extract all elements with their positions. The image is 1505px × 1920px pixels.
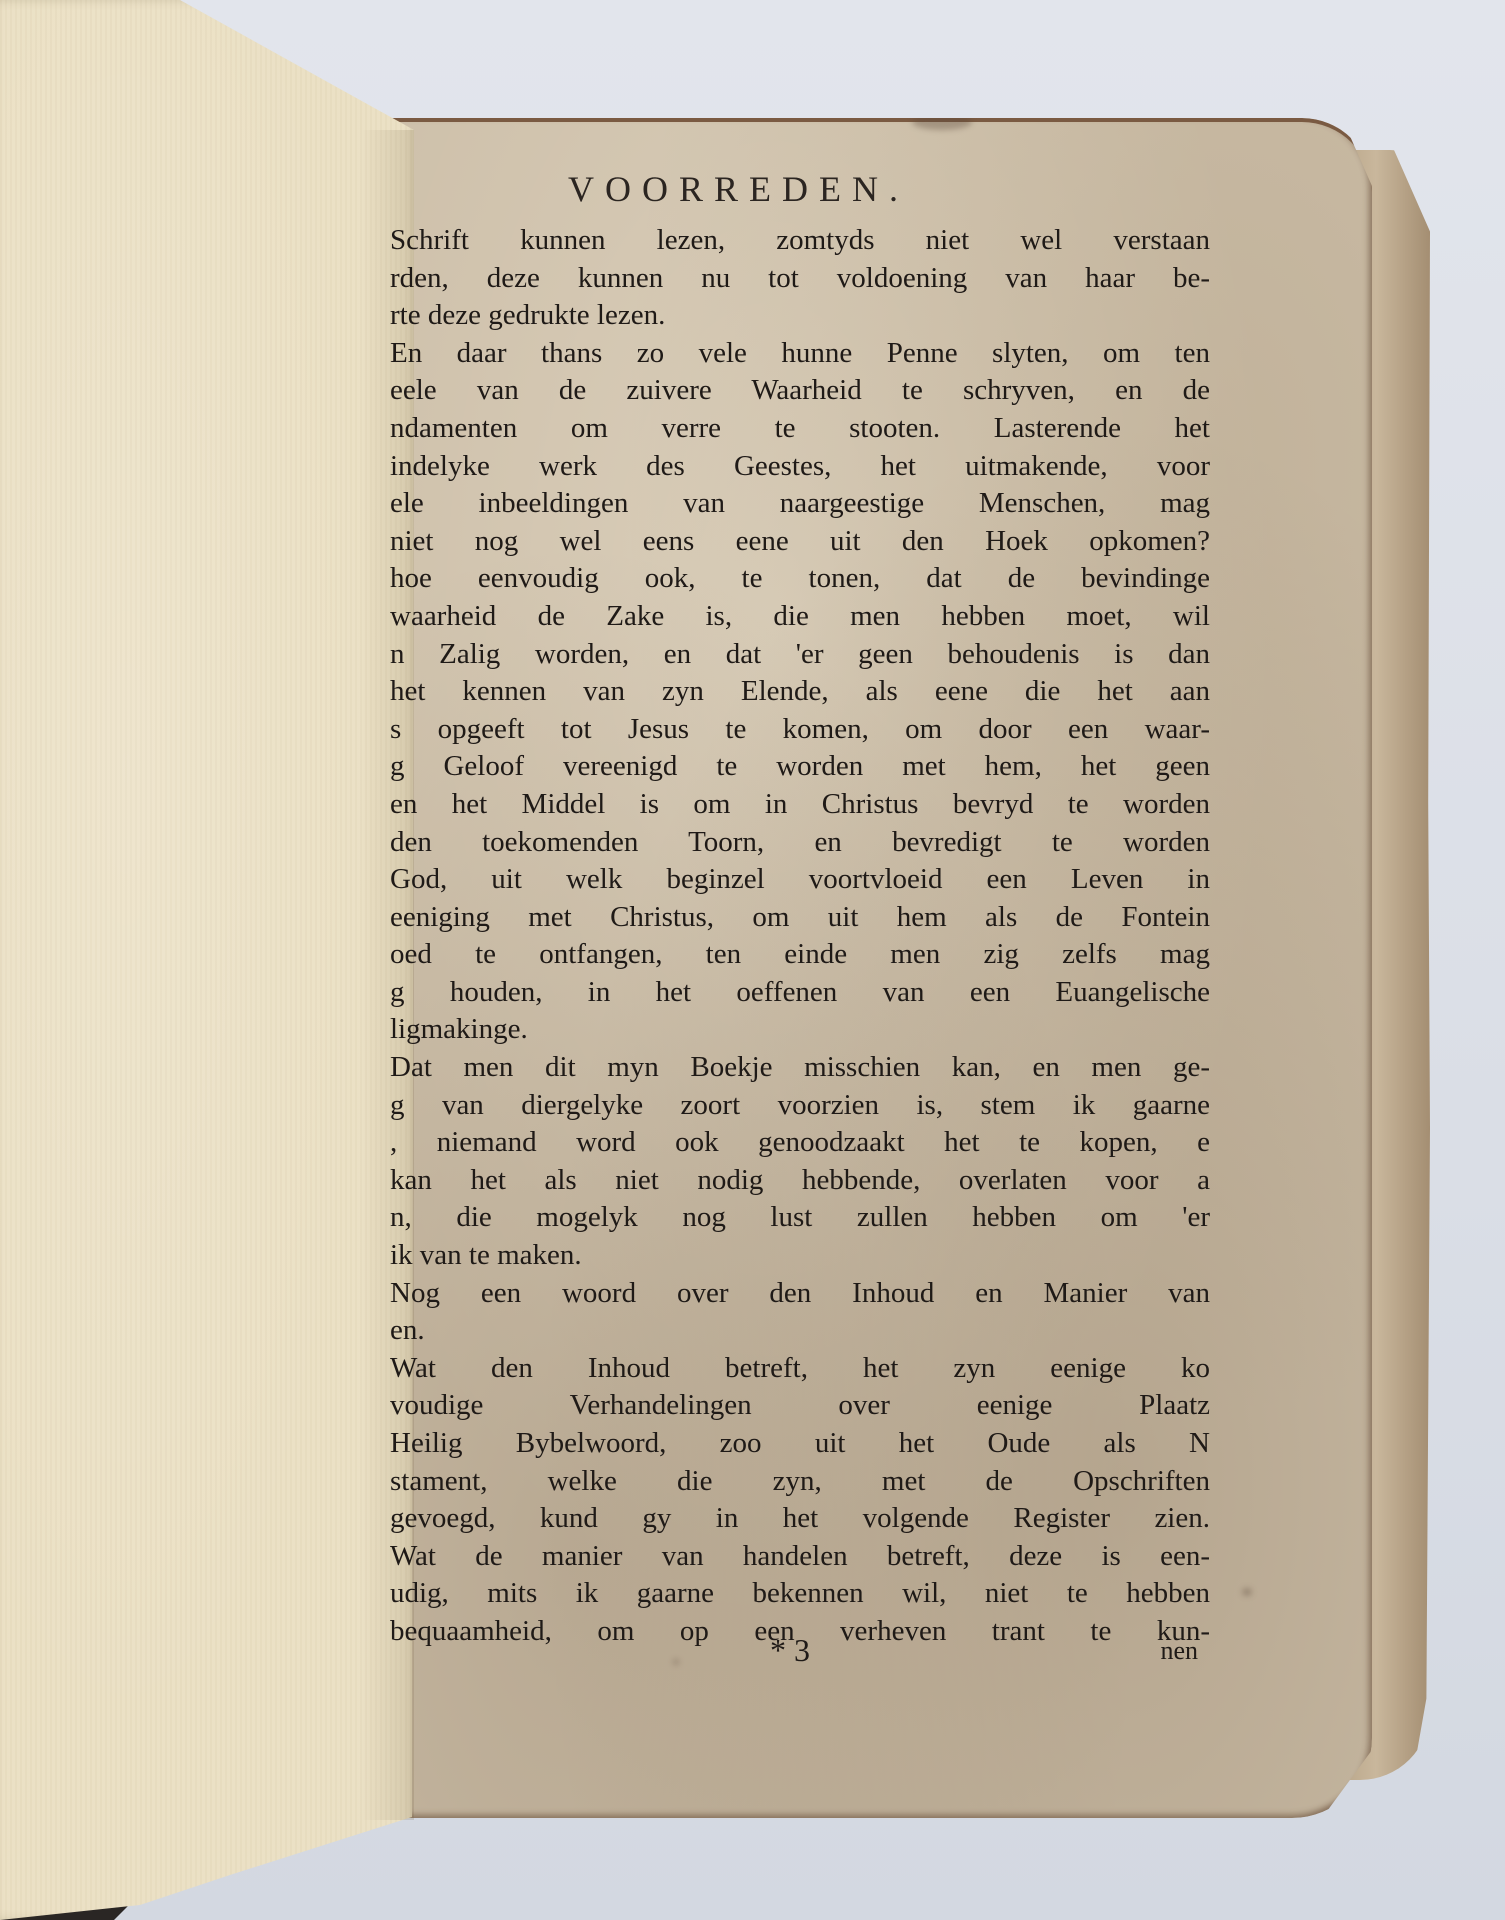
text-line: ele inbeeldingen van naargeestige Mensch…: [390, 485, 1210, 523]
text-line: het kennen van zyn Elende, als eene die …: [390, 673, 1210, 711]
text-line: g houden, in het oeffenen van een Euange…: [390, 974, 1210, 1012]
text-line: ligmakinge.: [390, 1011, 1210, 1049]
text-line: hoe eenvoudig ook, te tonen, dat de bevi…: [390, 560, 1210, 598]
text-line: n, die mogelyk nog lust zullen hebben om…: [390, 1199, 1210, 1237]
text-line: ik van te maken.: [390, 1237, 1210, 1275]
text-line: kan het als niet nodig hebbende, overlat…: [390, 1162, 1210, 1200]
text-line: voudige Verhandelingen over eenige Plaat…: [390, 1387, 1210, 1425]
text-line: g Geloof vereenigd te worden met hem, he…: [390, 748, 1210, 786]
text-line: Heilig Bybelwoord, zoo uit het Oude als …: [390, 1425, 1210, 1463]
text-line: gevoegd, kund gy in het volgende Registe…: [390, 1500, 1210, 1538]
text-line: God, uit welk beginzel voortvloeid een L…: [390, 861, 1210, 899]
text-line: Nog een woord over den Inhoud en Manier …: [390, 1275, 1210, 1313]
text-line: eeniging met Christus, om uit hem als de…: [390, 899, 1210, 937]
text-line: , niemand word ook genoodzaakt het te ko…: [390, 1124, 1210, 1162]
preface-text-body: Schrift kunnen lezen, zomtyds niet wel v…: [390, 222, 1210, 1651]
text-line: rte deze gedrukte lezen.: [390, 297, 1210, 335]
text-line: n Zalig worden, en dat 'er geen behouden…: [390, 636, 1210, 674]
page-footer: * 3 nen: [770, 1632, 1210, 1672]
foxing-spot: [672, 1658, 680, 1666]
text-line: waarheid de Zake is, die men hebben moet…: [390, 598, 1210, 636]
signature-mark: * 3: [770, 1632, 810, 1669]
text-line: den toekomenden Toorn, en bevredigt te w…: [390, 824, 1210, 862]
text-line: niet nog wel eens eene uit den Hoek opko…: [390, 523, 1210, 561]
text-line: stament, welke die zyn, met de Opschrift…: [390, 1463, 1210, 1501]
page-heading: VOORREDEN.: [568, 168, 909, 210]
text-line: g van diergelyke zoort voorzien is, stem…: [390, 1087, 1210, 1125]
text-line: Schrift kunnen lezen, zomtyds niet wel v…: [390, 222, 1210, 260]
text-line: Wat den Inhoud betreft, het zyn eenige k…: [390, 1350, 1210, 1388]
text-line: oed te ontfangen, ten einde men zig zelf…: [390, 936, 1210, 974]
text-line: Wat de manier van handelen betreft, deze…: [390, 1538, 1210, 1576]
foxing-spot: [1242, 1588, 1252, 1596]
text-line: s opgeeft tot Jesus te komen, om door ee…: [390, 711, 1210, 749]
left-endpaper: [0, 0, 420, 1920]
catchword: nen: [1160, 1636, 1198, 1666]
text-line: indelyke werk des Geestes, het uitmakend…: [390, 448, 1210, 486]
text-line: en.: [390, 1312, 1210, 1350]
text-line: En daar thans zo vele hunne Penne slyten…: [390, 335, 1210, 373]
text-line: en het Middel is om in Christus bevryd t…: [390, 786, 1210, 824]
text-line: eele van de zuivere Waarheid te schryven…: [390, 372, 1210, 410]
text-line: rden, deze kunnen nu tot voldoening van …: [390, 260, 1210, 298]
text-line: udig, mits ik gaarne bekennen wil, niet …: [390, 1575, 1210, 1613]
text-line: ndamenten om verre te stooten. Lasterend…: [390, 410, 1210, 448]
text-line: Dat men dit myn Boekje misschien kan, en…: [390, 1049, 1210, 1087]
